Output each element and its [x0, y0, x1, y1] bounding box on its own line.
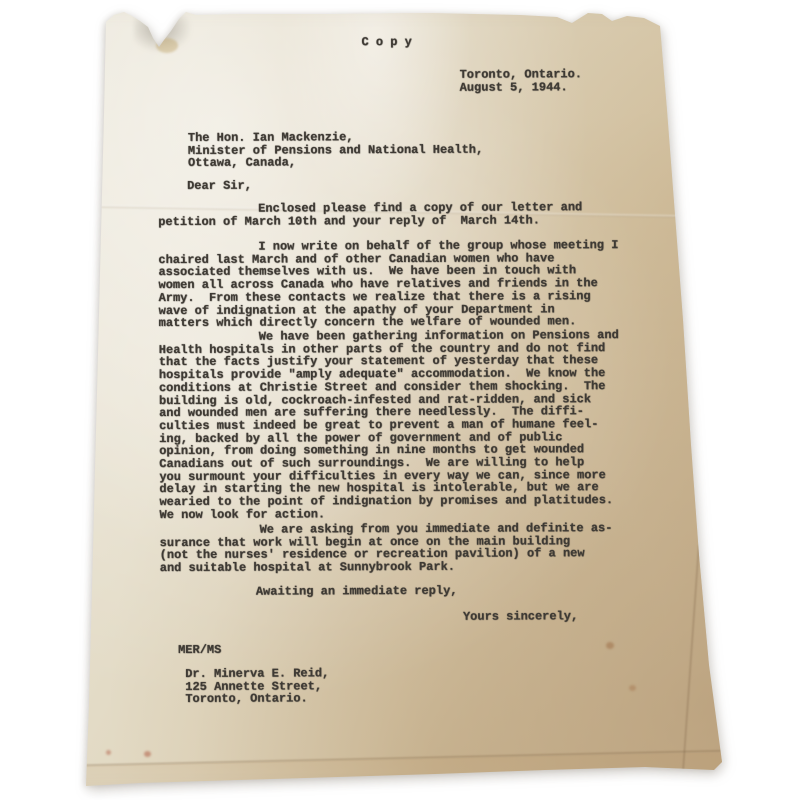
letter-paper-shadow: C o p y Toronto, Ontario. August 5, 1944…: [0, 0, 800, 800]
recipient-address: The Hon. Ian Mackenzie, Minister of Pens…: [188, 131, 483, 170]
dateline: Toronto, Ontario. August 5, 1944.: [460, 68, 583, 94]
copy-label: C o p y: [361, 36, 411, 49]
stain: [320, 779, 348, 796]
paragraph-4: We are asking from you immediate and def…: [160, 522, 660, 575]
paragraph-1: Enclosed please find a copy of our lette…: [158, 201, 658, 229]
signoff: Yours sincerely,: [463, 610, 578, 623]
salutation: Dear Sir,: [187, 180, 252, 193]
typist-initials: MER/MS: [178, 644, 221, 657]
paragraph-3: We have been gathering information on Pe…: [159, 329, 660, 522]
letter-text-layer: C o p y Toronto, Ontario. August 5, 1944…: [0, 0, 800, 800]
letter-paper: C o p y Toronto, Ontario. August 5, 1944…: [0, 0, 800, 800]
closing-line: Awaiting an immediate reply,: [256, 585, 458, 599]
sender-address: Dr. Minerva E. Reid, 125 Annette Street,…: [185, 667, 329, 706]
paragraph-2: I now write on behalf of the group whose…: [158, 239, 658, 330]
photo-background: C o p y Toronto, Ontario. August 5, 1944…: [0, 0, 800, 800]
